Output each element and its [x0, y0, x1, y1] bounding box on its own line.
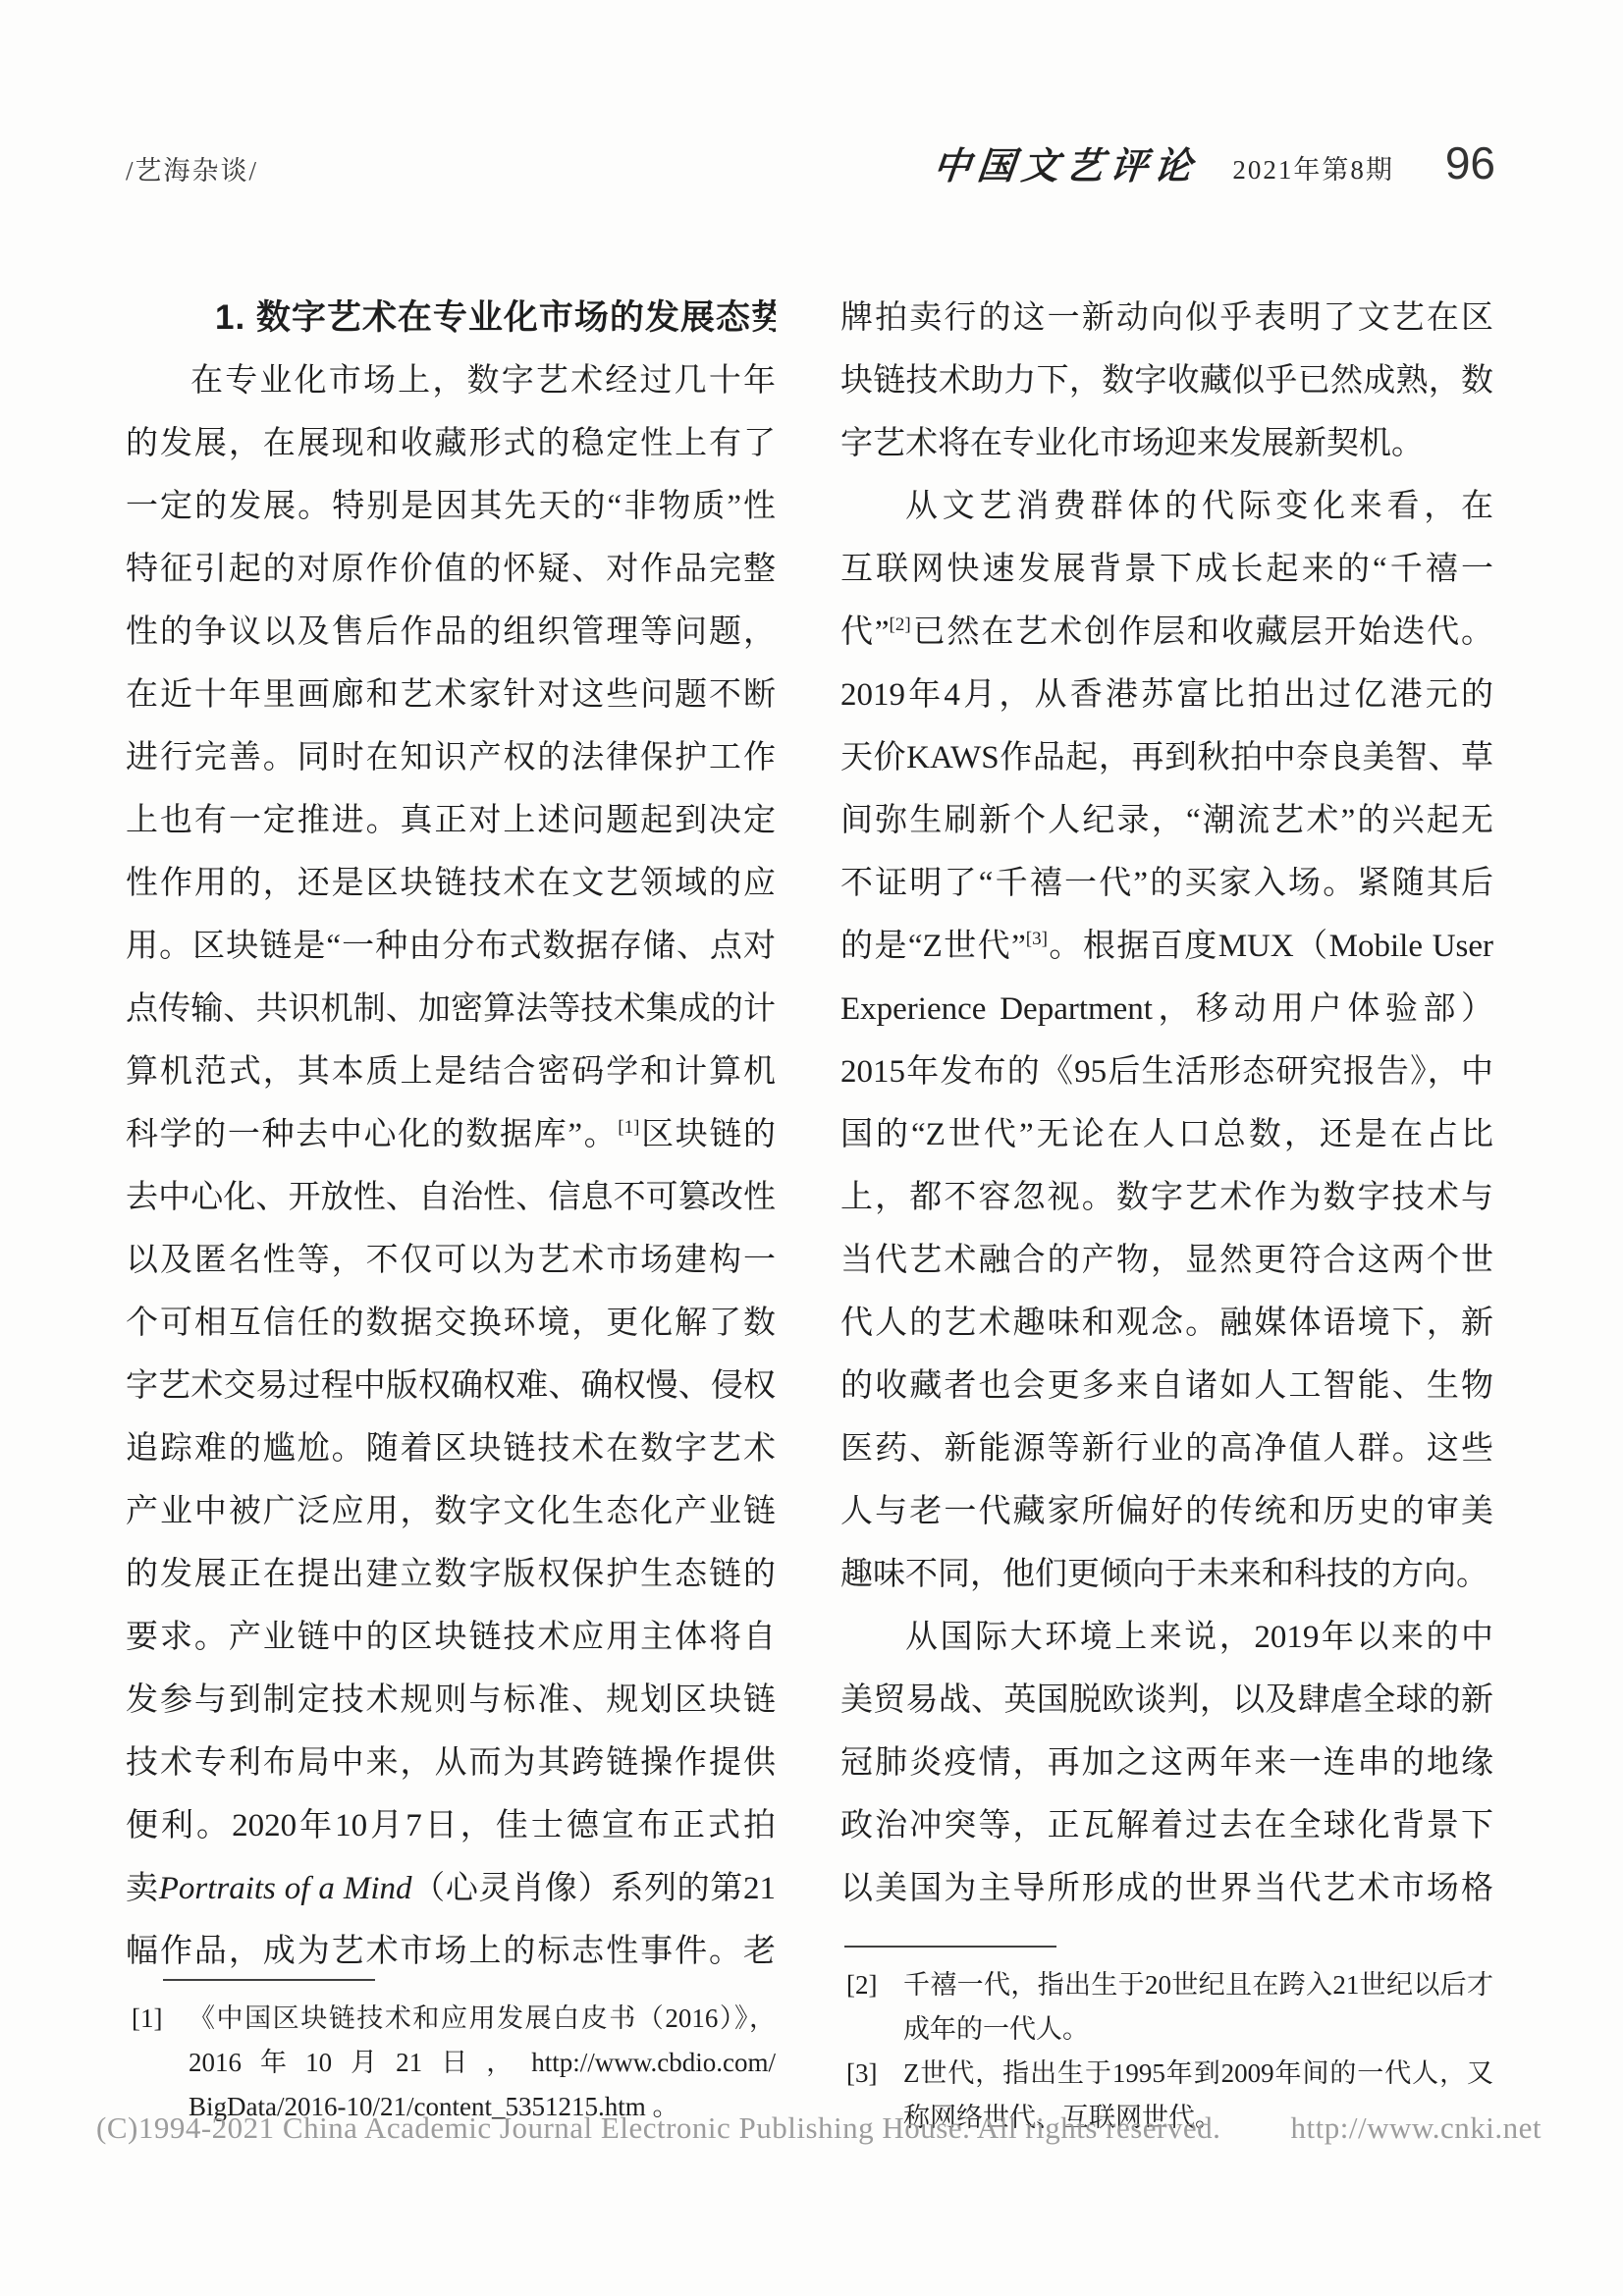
text-line: 技术专利布局中来，从而为其跨链操作提供 [126, 1732, 776, 1794]
text-line: 去中心化、开放性、自治性、信息不可篡改性 [126, 1166, 776, 1229]
text-line: 科学的一种去中心化的数据库”。[1]区块链的 [126, 1103, 776, 1166]
text-line: 个可相互信任的数据交换环境，更化解了数 [126, 1292, 776, 1355]
text-line: 以及匿名性等，不仅可以为艺术市场建构一 [126, 1229, 776, 1292]
text-line: 代人的艺术趣味和观念。融媒体语境下，新 [840, 1292, 1493, 1355]
journal-logo: 中国文艺评论 [931, 135, 1202, 189]
text-line: 从文艺消费群体的代际变化来看，在 [840, 475, 1493, 538]
right-column-lines: 牌拍卖行的这一新动向似乎表明了文艺在区块链技术助力下，数字收藏似乎已然成熟，数字… [840, 287, 1493, 1920]
journal-page: /艺海杂谈/ 中国文艺评论 2021年第8期 96 1. 数字艺术在专业化市场的… [0, 0, 1623, 2296]
text-line: 互联网快速发展背景下成长起来的“千禧一 [840, 538, 1493, 601]
text-line: 天价KAWS作品起，再到秋拍中奈良美智、草 [840, 726, 1493, 789]
text-line: 牌拍卖行的这一新动向似乎表明了文艺在区 [840, 287, 1493, 349]
text-line: 当代艺术融合的产物，显然更符合这两个世 [840, 1229, 1493, 1292]
text-line: 一定的发展。特别是因其先天的“非物质”性 [126, 475, 776, 538]
footnote-divider [163, 1979, 375, 1981]
page-header: 中国文艺评论 2021年第8期 96 [934, 135, 1495, 189]
text-line: 在近十年里画廊和艺术家针对这些问题不断 [126, 664, 776, 726]
footnote-line: 2016年10月21日，http://www.cbdio.com/ [126, 2041, 776, 2085]
text-line: 的发展正在提出建立数字版权保护生态链的 [126, 1543, 776, 1606]
text-line: 的是“Z世代”[3]。根据百度MUX（Mobile User [840, 915, 1493, 978]
section-heading: 1. 数字艺术在专业化市场的发展态势 [126, 287, 776, 349]
text-line: 块链技术助力下，数字收藏似乎已然成熟，数 [840, 349, 1493, 412]
text-line: 幅作品，成为艺术市场上的标志性事件。老 [126, 1920, 776, 1983]
text-line: 用。区块链是“一种由分布式数据存储、点对 [126, 915, 776, 978]
text-line: 冠肺炎疫情，再加之这两年来一连串的地缘 [840, 1732, 1493, 1794]
issue-label: 2021年第8期 [1232, 148, 1394, 187]
copyright-text: (C)1994-2021 China Academic Journal Elec… [96, 2110, 1220, 2146]
text-line: 美贸易战、英国脱欧谈判，以及肆虐全球的新 [840, 1669, 1493, 1732]
text-line: 便利。2020年10月7日，佳士德宣布正式拍 [126, 1794, 776, 1857]
text-line: 的收藏者也会更多来自诸如人工智能、生物 [840, 1355, 1493, 1417]
text-line: 发参与到制定技术规则与标准、规划区块链 [126, 1669, 776, 1732]
footnote-divider [844, 1946, 1056, 1948]
text-line: 间弥生刷新个人纪录，“潮流艺术”的兴起无 [840, 789, 1493, 852]
text-line: 追踪难的尴尬。随着区块链技术在数字艺术 [126, 1417, 776, 1480]
left-column: 1. 数字艺术在专业化市场的发展态势 在专业化市场上，数字艺术经过几十年的发展，… [126, 287, 776, 1983]
copyright-footer: (C)1994-2021 China Academic Journal Elec… [96, 2110, 1542, 2146]
text-line: 的发展，在展现和收藏形式的稳定性上有了 [126, 412, 776, 475]
text-line: 国的“Z世代”无论在人口总数，还是在占比 [840, 1103, 1493, 1166]
text-line: 卖Portraits of a Mind（心灵肖像）系列的第21 [126, 1857, 776, 1920]
footnotes-left: [1]《中国区块链技术和应用发展白皮书（2016）》，2016年10月21日，h… [126, 1979, 776, 2129]
footnote-line: [3]Z世代，指出生于1995年到2009年间的一代人，又 [840, 2052, 1493, 2096]
text-line: 2019年4月，从香港苏富比拍出过亿港元的 [840, 664, 1493, 726]
text-line: 人与老一代藏家所偏好的传统和历史的审美 [840, 1480, 1493, 1543]
text-line: 趣味不同，他们更倾向于未来和科技的方向。 [840, 1543, 1493, 1606]
text-line: 性作用的，还是区块链技术在文艺领域的应 [126, 852, 776, 915]
page-number: 96 [1445, 136, 1495, 189]
text-line: 以美国为主导所形成的世界当代艺术市场格 [840, 1857, 1493, 1920]
footnote-line: [2]千禧一代，指出生于20世纪且在跨入21世纪以后才 [840, 1963, 1493, 2007]
left-column-lines: 在专业化市场上，数字艺术经过几十年的发展，在展现和收藏形式的稳定性上有了一定的发… [126, 349, 776, 1983]
text-line: 不证明了“千禧一代”的买家入场。紧随其后 [840, 852, 1493, 915]
text-line: 字艺术将在专业化市场迎来发展新契机。 [840, 412, 1493, 475]
text-line: Experience Department，移动用户体验部） [840, 978, 1493, 1041]
right-column: 牌拍卖行的这一新动向似乎表明了文艺在区块链技术助力下，数字收藏似乎已然成熟，数字… [840, 287, 1493, 1920]
text-line: 算机范式，其本质上是结合密码学和计算机 [126, 1041, 776, 1103]
text-line: 在专业化市场上，数字艺术经过几十年 [126, 349, 776, 412]
text-line: 上，都不容忽视。数字艺术作为数字技术与 [840, 1166, 1493, 1229]
text-line: 特征引起的对原作价值的怀疑、对作品完整 [126, 538, 776, 601]
footnote-line: [1]《中国区块链技术和应用发展白皮书（2016）》， [126, 1997, 776, 2041]
text-line: 医药、新能源等新行业的高净值人群。这些 [840, 1417, 1493, 1480]
text-line: 字艺术交易过程中版权确权难、确权慢、侵权 [126, 1355, 776, 1417]
text-line: 点传输、共识机制、加密算法等技术集成的计 [126, 978, 776, 1041]
text-line: 政治冲突等，正瓦解着过去在全球化背景下 [840, 1794, 1493, 1857]
text-line: 2015年发布的《95后生活形态研究报告》，中 [840, 1041, 1493, 1103]
text-line: 要求。产业链中的区块链技术应用主体将自 [126, 1606, 776, 1669]
text-line: 进行完善。同时在知识产权的法律保护工作 [126, 726, 776, 789]
cnki-url: http://www.cnki.net [1291, 2110, 1542, 2146]
footnote-line: 成年的一代人。 [840, 2007, 1493, 2052]
text-line: 产业中被广泛应用，数字文化生态化产业链 [126, 1480, 776, 1543]
text-line: 代”[2]已然在艺术创作层和收藏层开始迭代。 [840, 601, 1493, 664]
text-line: 从国际大环境上来说，2019年以来的中 [840, 1606, 1493, 1669]
text-line: 性的争议以及售后作品的组织管理等问题， [126, 601, 776, 664]
text-line: 上也有一定推进。真正对上述问题起到决定 [126, 789, 776, 852]
footnote-lines: [1]《中国区块链技术和应用发展白皮书（2016）》，2016年10月21日，h… [126, 1997, 776, 2129]
column-section-label: /艺海杂谈/ [126, 149, 258, 187]
